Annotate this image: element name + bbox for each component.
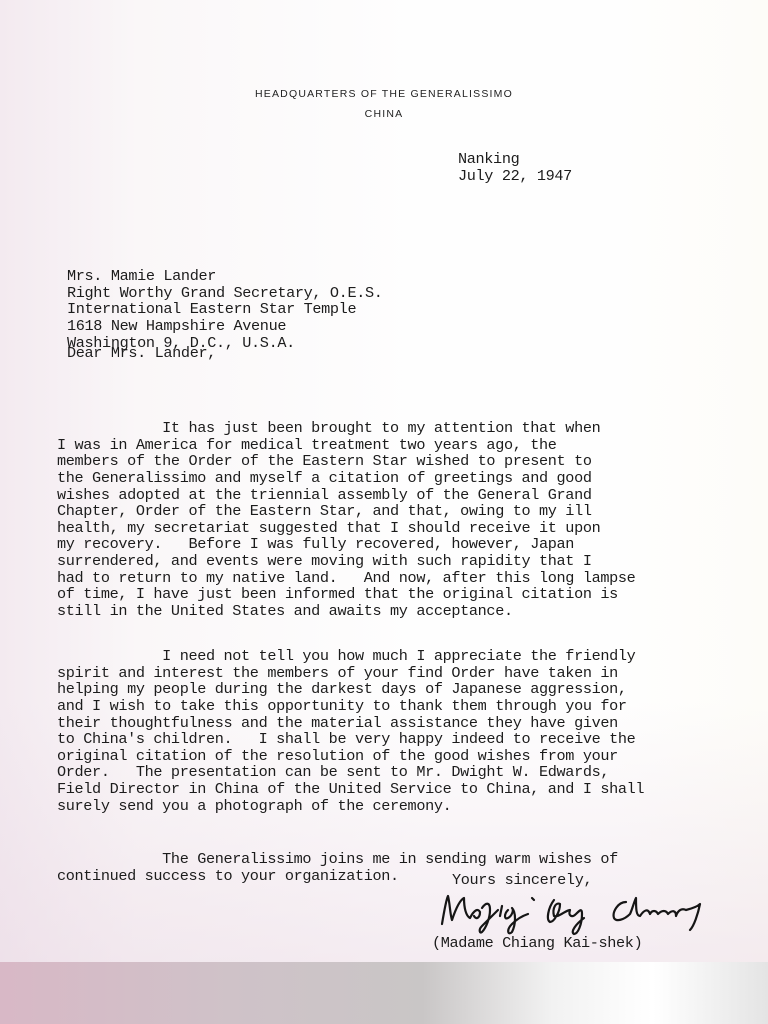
text-line: I need not tell you how much I appreciat…	[57, 648, 644, 665]
text-line: had to return to my native land. And now…	[57, 570, 635, 587]
text-line: helping my people during the darkest day…	[57, 681, 644, 698]
text-line: the Generalissimo and myself a citation …	[57, 470, 635, 487]
text-line: of time, I have just been informed that …	[57, 586, 635, 603]
address-line: Right Worthy Grand Secretary, O.E.S.	[67, 285, 383, 302]
text-line: Chapter, Order of the Eastern Star, and …	[57, 503, 635, 520]
text-line: It has just been brought to my attention…	[57, 420, 635, 437]
text-line: members of the Order of the Eastern Star…	[57, 453, 635, 470]
typed-signature-name: (Madame Chiang Kai-shek)	[432, 935, 642, 952]
text-line: health, my secretariat suggested that I …	[57, 520, 635, 537]
text-line: I was in America for medical treatment t…	[57, 437, 635, 454]
text-line: The Generalissimo joins me in sending wa…	[57, 851, 618, 868]
dateline-date: July 22, 1947	[458, 168, 572, 185]
text-line: and I wish to take this opportunity to t…	[57, 698, 644, 715]
text-line: Order. The presentation can be sent to M…	[57, 764, 644, 781]
text-line: surrendered, and events were moving with…	[57, 553, 635, 570]
text-line: spirit and interest the members of your …	[57, 665, 644, 682]
text-line: Field Director in China of the United Se…	[57, 781, 644, 798]
text-line: original citation of the resolution of t…	[57, 748, 644, 765]
closing: Yours sincerely,	[452, 872, 592, 889]
handwritten-signature	[436, 888, 706, 936]
text-line: my recovery. Before I was fully recovere…	[57, 536, 635, 553]
body-paragraph-2: I need not tell you how much I appreciat…	[57, 615, 644, 831]
text-line: surely send you a photograph of the cere…	[57, 798, 644, 815]
address-line: International Eastern Star Temple	[67, 301, 383, 318]
text-line: to China's children. I shall be very hap…	[57, 731, 644, 748]
text-line: wishes adopted at the triennial assembly…	[57, 487, 635, 504]
text-line: their thoughtfulness and the material as…	[57, 715, 644, 732]
background-surface	[0, 962, 768, 1024]
salutation: Dear Mrs. Lander,	[67, 345, 216, 362]
address-line: Mrs. Mamie Lander	[67, 268, 383, 285]
letterhead-title: HEADQUARTERS OF THE GENERALISSIMO	[0, 88, 768, 100]
body-paragraph-1: It has just been brought to my attention…	[57, 387, 635, 636]
letterhead-country: CHINA	[0, 108, 768, 120]
address-line: 1618 New Hampshire Avenue	[67, 318, 383, 335]
dateline-place: Nanking	[458, 151, 519, 168]
